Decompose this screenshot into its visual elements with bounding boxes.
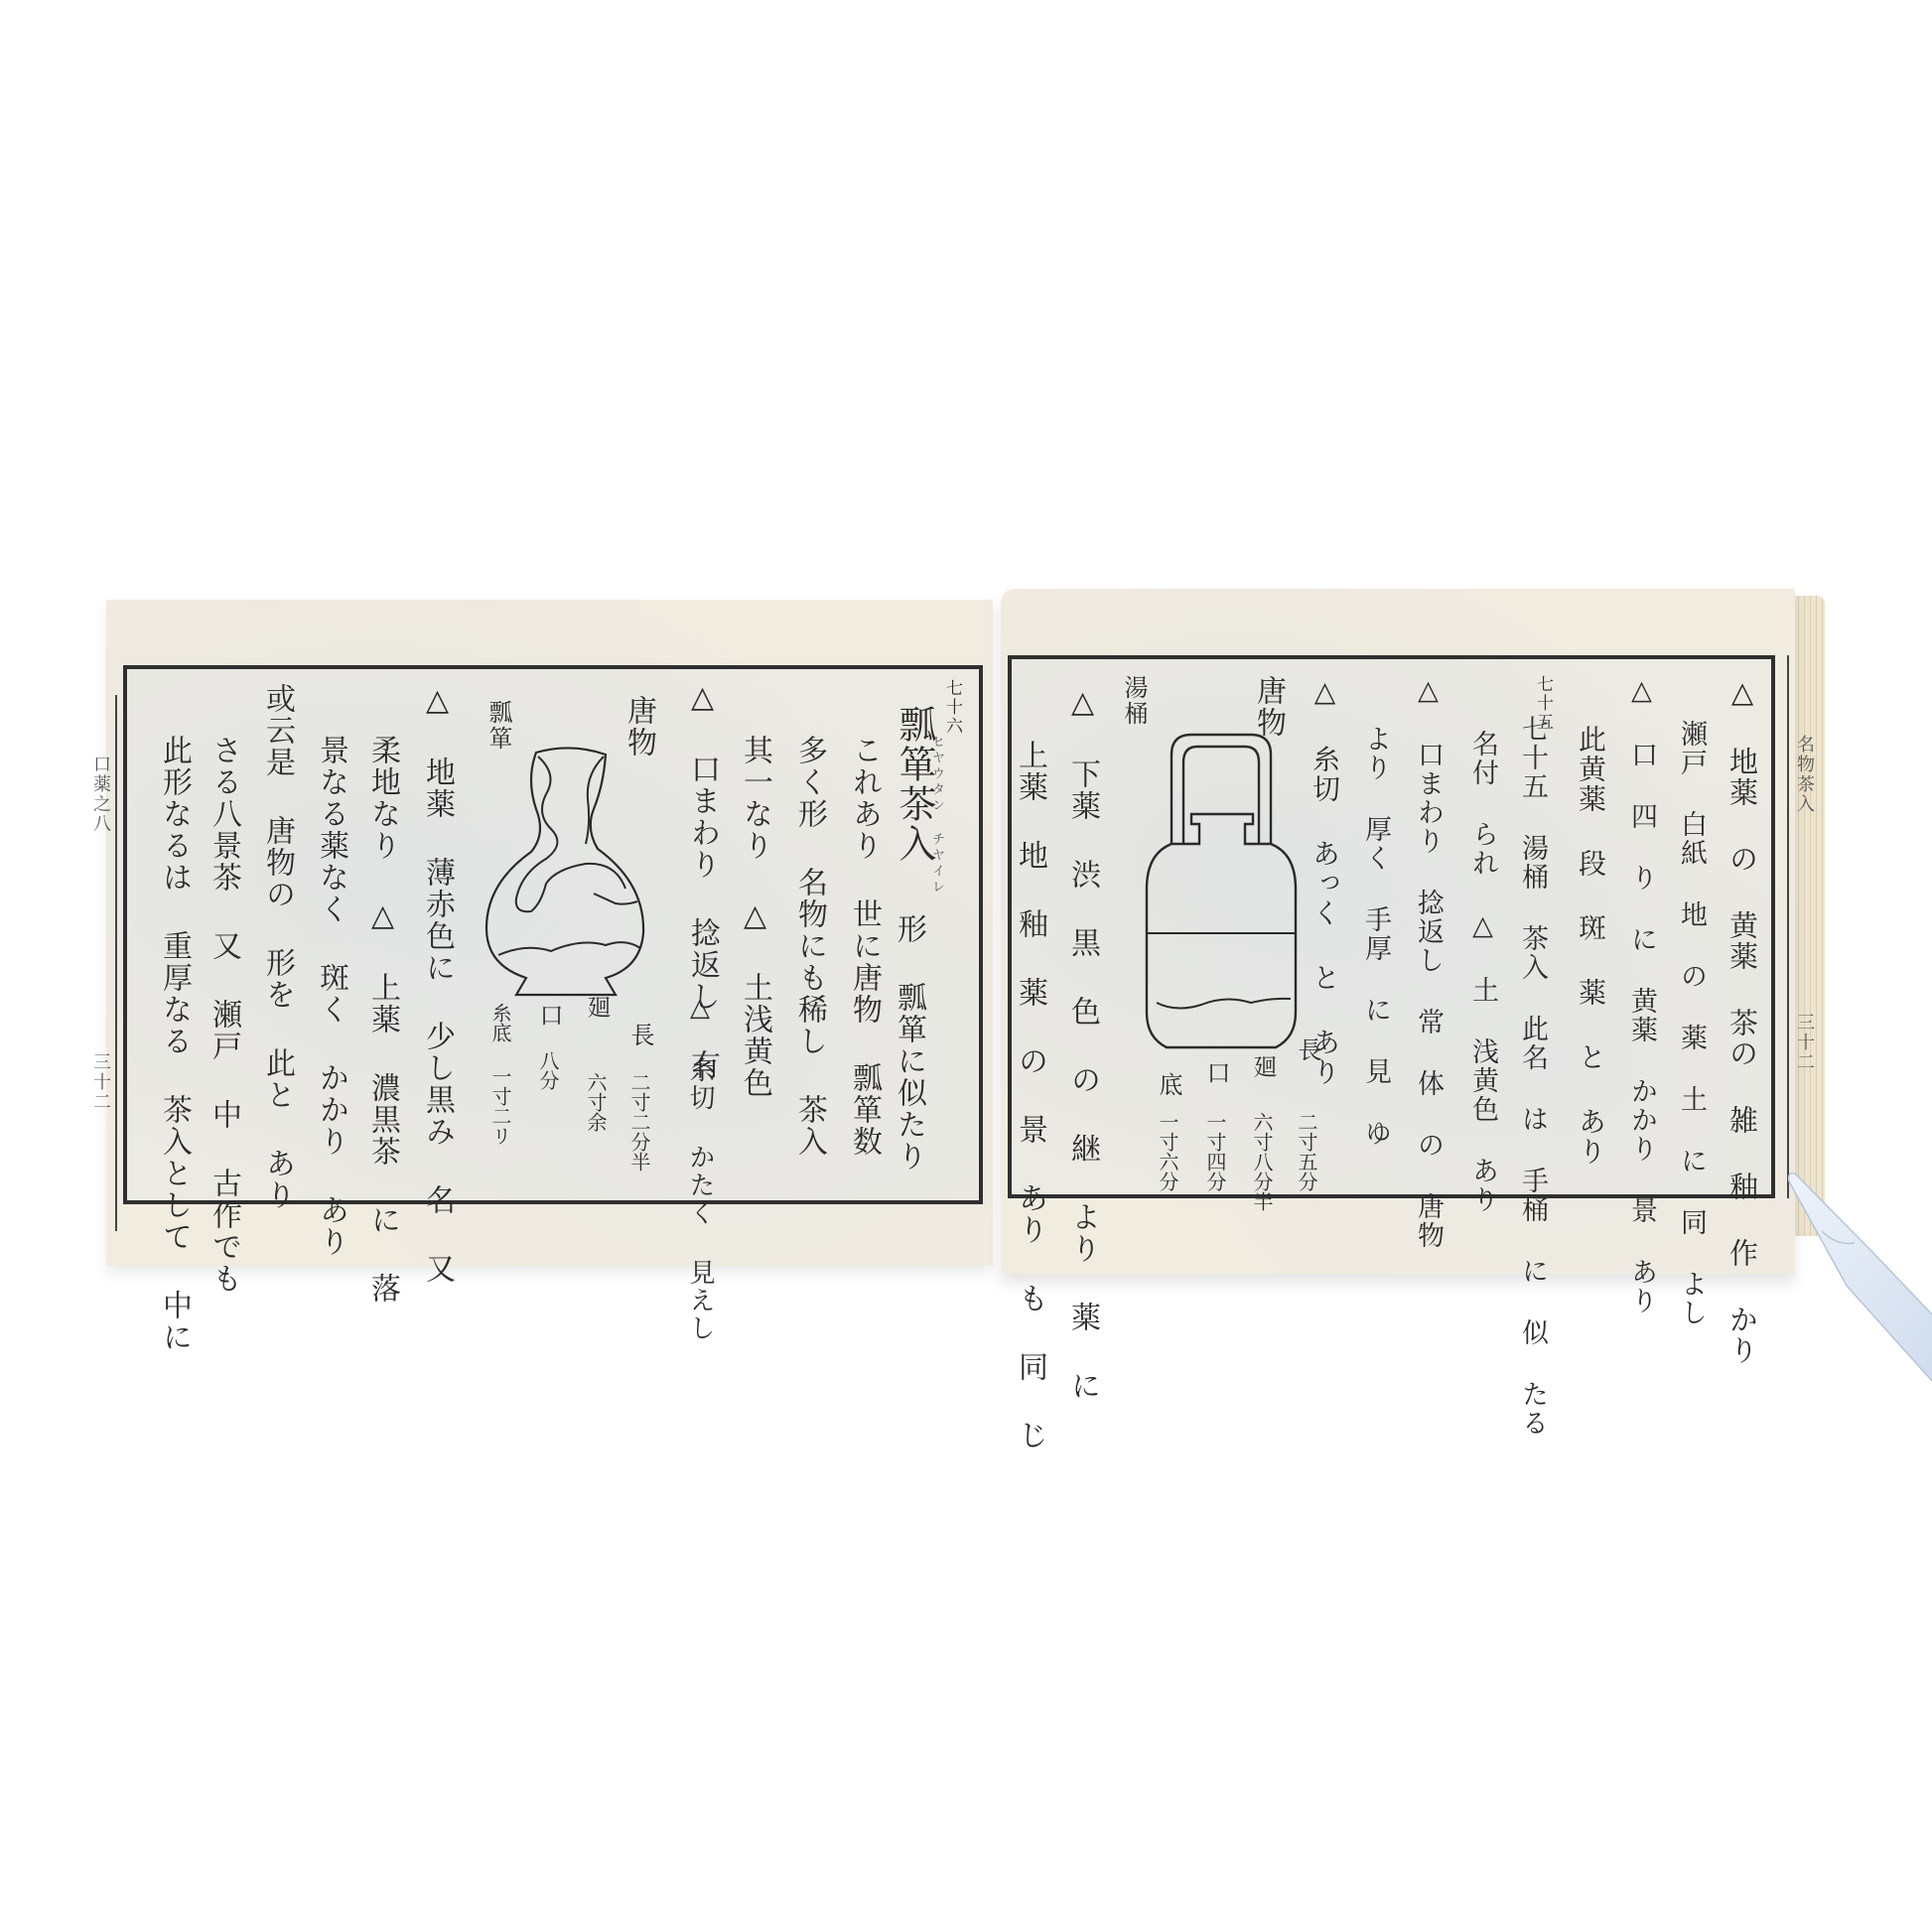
left-text2-col-2: 柔地なり △ 上薬 濃黒茶 に 落: [367, 735, 397, 1305]
hand-bucket-tea-caddy-illustration: [1132, 715, 1311, 1062]
right-text2-col-1: △ 下薬 渋 黒 色 の 継 より 薬 に: [1067, 685, 1097, 1402]
left-dim-mouth-label: 口: [532, 1003, 567, 1027]
left-margin-label: 口薬之八: [91, 755, 109, 834]
left-dim-length-value: 二寸二分半: [625, 1072, 654, 1172]
stylus-pen-icon: [1777, 1172, 1932, 1430]
right-text-col-7: △ 口まわり 捻返し 常 体 の 唐物: [1415, 675, 1442, 1250]
right-dim-circumference-label: 廻: [1246, 1054, 1281, 1078]
right-dim-length-value: 二寸五分: [1293, 1112, 1321, 1191]
left-item-title: 瓢箪茶入: [896, 705, 933, 864]
right-text-col-4: 此黄薬 段 斑 薬 と あり: [1577, 725, 1604, 1167]
left-text-col-2: これあり 世に唐物 瓢箪数: [849, 735, 879, 1158]
right-dim-mouth-label: 口: [1199, 1060, 1234, 1084]
left-dim-circumference-value: 六寸余: [582, 1072, 611, 1132]
left-text-col-3: 多く形 名物にも稀し 茶入: [794, 735, 824, 1158]
right-margin-page-number: 三十二: [1795, 1013, 1813, 1072]
left-dim-circumference-label: 廻: [580, 995, 615, 1019]
left-dim-base: 糸底 一寸二リ: [486, 1003, 515, 1146]
left-margin-rule: [115, 695, 117, 1231]
left-text2-col-4: 或云是 唐物の 形を 此と あり: [262, 683, 292, 1211]
left-item-title-reading: ヒヤウタン チヤイレ: [930, 735, 943, 896]
right-text-col-8: より 厚く 手厚 に 見 ゆ: [1362, 725, 1389, 1148]
right-dim-base-label: 底: [1152, 1072, 1186, 1096]
left-dim-length-label: 長: [623, 1023, 658, 1046]
left-text2-col-5: さる八景茶 又 瀬戸 中 古作でも: [208, 735, 238, 1295]
right-margin-rule: [1787, 655, 1789, 1198]
right-text2-col-2: 上薬 地 釉 薬 の 景 あり も 同 じ: [1015, 740, 1044, 1451]
right-text-col-9: △ 糸切 あっく と あり: [1311, 675, 1338, 1087]
left-dim-mouth-value: 八分: [534, 1050, 563, 1090]
gourd-tea-caddy-illustration: [477, 735, 655, 1003]
right-margin-label: 名物茶入: [1795, 735, 1813, 814]
right-text-col-1: △ 地薬 の 黄薬 茶の 雑 釉 作 かり: [1727, 675, 1756, 1366]
left-text-col-1: 形 瓢箪に似たり: [894, 913, 923, 1173]
left-text-col-6: △ 糸切 かたく 見えし: [687, 993, 713, 1342]
left-text2-col-1: △ 地薬 薄赤色に 少し黒み 名 又: [422, 683, 452, 1285]
right-item-title-col: 七十五 湯桶 茶入 此名 は 手桶 に 似 たる: [1519, 715, 1546, 1438]
left-item-number: 七十六: [943, 679, 960, 736]
open-book: 口薬之八 三十二 七十六 瓢箪茶入 ヒヤウタン チヤイレ 形 瓢箪に似たり これ…: [0, 0, 1932, 1932]
left-text2-col-3: 景なる薬なく 斑く かかり あり: [316, 735, 345, 1258]
right-page-frame: [1008, 655, 1775, 1198]
left-text-col-4: 其一なり △ 土浅黄色: [740, 735, 769, 1099]
right-dim-circumference-value: 六寸八分半: [1248, 1112, 1277, 1211]
right-text-col-3: △ 口 四 り に 黄薬 かかり 景 あり: [1628, 675, 1655, 1315]
right-dim-mouth-value: 一寸四分: [1201, 1112, 1230, 1191]
left-text2-col-6: 此形なるは 重厚なる 茶入として 中に: [159, 735, 189, 1353]
right-dim-base-value: 一寸六分: [1154, 1112, 1182, 1191]
right-text-col-2: 瀬戸 白紙 地 の 薬 土 に 同 よし: [1678, 720, 1705, 1327]
right-text-col-6: 名付 られ △ 土 浅黄色 あり: [1469, 730, 1496, 1214]
left-margin-page-number: 三十二: [91, 1052, 109, 1112]
right-dim-length-label: 長: [1291, 1037, 1325, 1061]
